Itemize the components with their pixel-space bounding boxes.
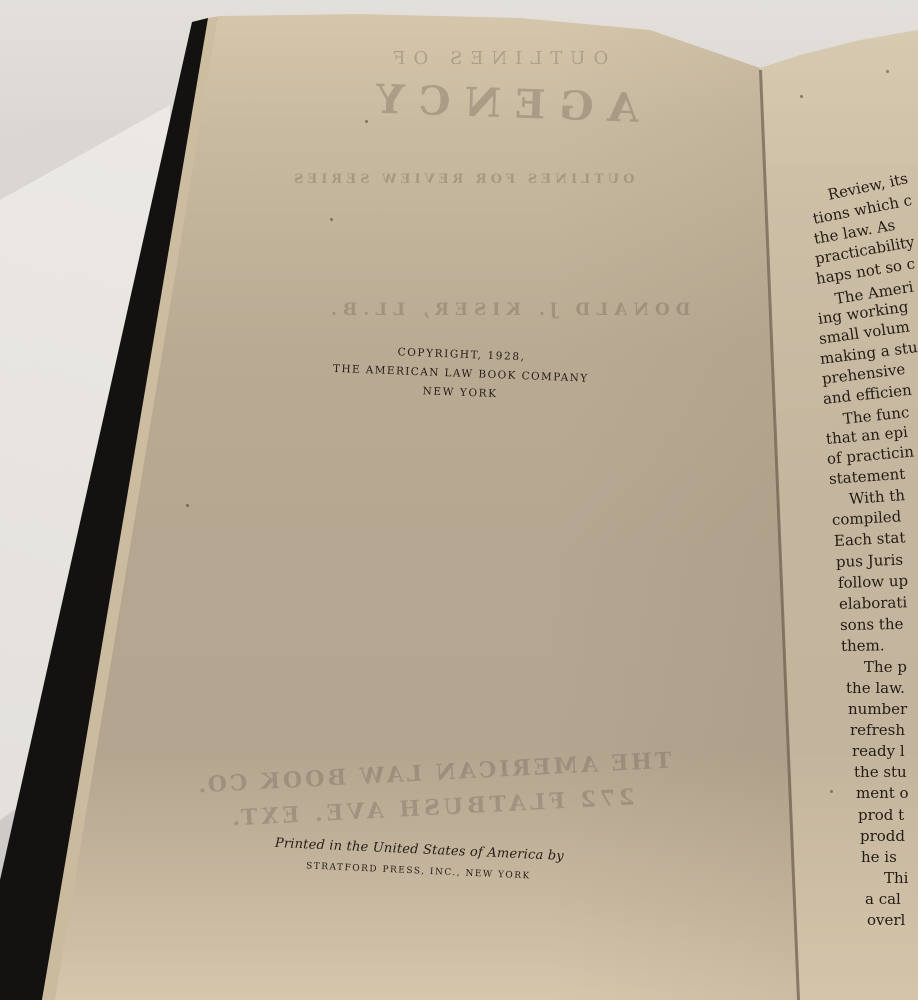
dust-speck xyxy=(186,504,189,507)
preface-line: the stu xyxy=(854,763,907,781)
bleed-through-book-title: AGENCY xyxy=(361,75,639,132)
preface-line: elaborati xyxy=(839,593,908,613)
dust-speck xyxy=(365,120,368,123)
copyright-notice: COPYRIGHT, 1928, THE AMERICAN LAW BOOK C… xyxy=(310,340,612,408)
preface-line: the law. xyxy=(846,679,905,697)
preface-line: a cal xyxy=(865,890,901,908)
preface-line: Thi xyxy=(884,869,908,887)
preface-line: prodd xyxy=(860,827,905,845)
preface-line: overl xyxy=(867,911,905,929)
bleed-through-author: DONALD J. KISER, LL.B. xyxy=(325,300,691,320)
preface-line: he is xyxy=(861,848,897,866)
preface-line: ment o xyxy=(856,784,909,802)
preface-line: compiled xyxy=(832,507,902,529)
preface-line: them. xyxy=(841,636,885,655)
preface-line: Each stat xyxy=(834,528,906,550)
preface-line: prod t xyxy=(858,806,904,824)
preface-line: The p xyxy=(864,658,907,676)
bleed-through-series-title: OUTLINES OF xyxy=(385,48,608,69)
dust-speck xyxy=(330,218,333,221)
dust-speck xyxy=(800,95,803,98)
dust-speck xyxy=(886,70,889,73)
preface-line: pus Juris xyxy=(836,551,904,571)
preface-line: ready l xyxy=(852,742,905,760)
bleed-through-subtitle: OUTLINES FOR REVIEW SERIES xyxy=(290,172,635,187)
preface-line: sons the xyxy=(840,615,904,634)
preface-line: refresh xyxy=(850,721,905,739)
preface-line: follow up xyxy=(838,572,909,592)
preface-line: number xyxy=(848,700,907,718)
dust-speck xyxy=(830,790,833,793)
